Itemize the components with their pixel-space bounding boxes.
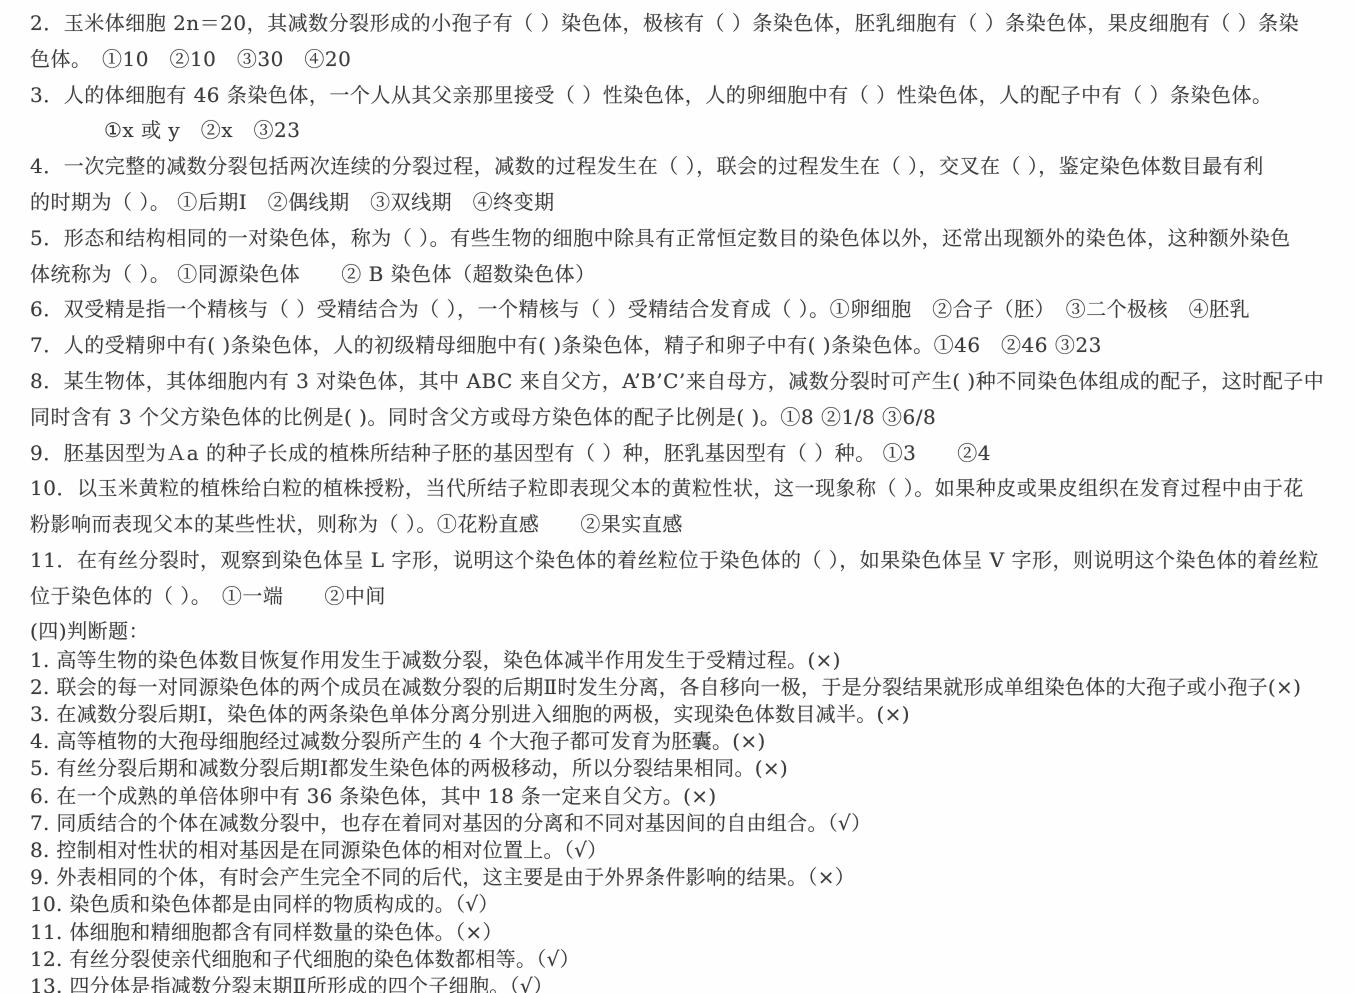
choice-question-line: 的时期为（ ）。 ①后期Ⅰ ②偶线期 ③双线期 ④终变期 <box>30 185 1355 221</box>
judgment-section-header: (四)判断题： <box>30 615 1355 647</box>
choice-question-line: 3．人的体细胞有 46 条染色体，一个人从其父亲那里接受（ ）性染色体，人的卵细… <box>30 78 1355 114</box>
document-page: 2．玉米体细胞 2n＝20，其减数分裂形成的小孢子有（ ）染色体，极核有（ ）条… <box>0 0 1355 993</box>
judgment-line: 1. 高等生物的染色体数目恢复作用发生于减数分裂，染色体减半作用发生于受精过程。… <box>30 647 1355 674</box>
judgment-line: 6. 在一个成熟的单倍体卵中有 36 条染色体，其中 18 条一定来自父方。(×… <box>30 783 1355 810</box>
judgment-line: 11. 体细胞和精细胞都含有同样数量的染色体。（×） <box>30 919 1355 946</box>
choice-question-line: 6．双受精是指一个精核与（ ）受精结合为（ ），一个精核与（ ）受精结合发育成（… <box>30 292 1355 328</box>
choice-question-line: 位于染色体的（ ）。 ①一端 ②中间 <box>30 579 1355 615</box>
choice-question-line: 2．玉米体细胞 2n＝20，其减数分裂形成的小孢子有（ ）染色体，极核有（ ）条… <box>30 6 1355 42</box>
choice-questions-section: 2．玉米体细胞 2n＝20，其减数分裂形成的小孢子有（ ）染色体，极核有（ ）条… <box>30 6 1355 615</box>
judgment-line: 9. 外表相同的个体，有时会产生完全不同的后代，这主要是由于外界条件影响的结果。… <box>30 864 1355 891</box>
judgment-line: 8. 控制相对性状的相对基因是在同源染色体的相对位置上。（√） <box>30 837 1355 864</box>
choice-question-line: 粉影响而表现父本的某些性状，则称为（ ）。①花粉直感 ②果实直感 <box>30 507 1355 543</box>
choice-question-line: 11．在有丝分裂时，观察到染色体呈 L 字形，说明这个染色体的着丝粒位于染色体的… <box>30 543 1355 579</box>
judgment-section: (四)判断题： 1. 高等生物的染色体数目恢复作用发生于减数分裂，染色体减半作用… <box>30 615 1355 993</box>
judgment-line: 12. 有丝分裂使亲代细胞和子代细胞的染色体数都相等。（√） <box>30 946 1355 973</box>
choice-question-line: 5．形态和结构相同的一对染色体，称为（ ）。有些生物的细胞中除具有正常恒定数目的… <box>30 221 1355 257</box>
judgment-line: 7. 同质结合的个体在减数分裂中，也存在着同对基因的分离和不同对基因间的自由组合… <box>30 810 1355 837</box>
choice-question-line: 10．以玉米黄粒的植株给白粒的植株授粉，当代所结子粒即表现父本的黄粒性状，这一现… <box>30 471 1355 507</box>
choice-question-line: 体统称为（ ）。 ①同源染色体 ② B 染色体（超数染色体） <box>30 257 1355 293</box>
judgment-line: 3. 在减数分裂后期Ⅰ，染色体的两条染色单体分离分别进入细胞的两极，实现染色体数… <box>30 701 1355 728</box>
judgment-lines: 1. 高等生物的染色体数目恢复作用发生于减数分裂，染色体减半作用发生于受精过程。… <box>30 647 1355 993</box>
choice-question-line: 7．人的受精卵中有( )条染色体，人的初级精母细胞中有( )条染色体，精子和卵子… <box>30 328 1355 364</box>
choice-question-line: 色体。 ①10 ②10 ③30 ④20 <box>30 42 1355 78</box>
choice-question-line: 9．胚基因型为Ａa 的种子长成的植株所结种子胚的基因型有（ ）种，胚乳基因型有（… <box>30 436 1355 472</box>
judgment-line: 4. 高等植物的大孢母细胞经过减数分裂所产生的 4 个大孢子都可发育为胚囊。(×… <box>30 728 1355 755</box>
choice-question-line: 8．某生物体，其体细胞内有 3 对染色体，其中 ABC 来自父方，A’B’C’来… <box>30 364 1355 400</box>
judgment-line: 2. 联会的每一对同源染色体的两个成员在减数分裂的后期Ⅱ时发生分离，各自移向一极… <box>30 674 1355 701</box>
choice-question-line: ①x 或 y ②x ③23 <box>30 113 1355 149</box>
choice-question-line: 4．一次完整的减数分裂包括两次连续的分裂过程，减数的过程发生在（ ），联会的过程… <box>30 149 1355 185</box>
choice-question-line: 同时含有 3 个父方染色体的比例是( )。同时含父方或母方染色体的配子比例是( … <box>30 400 1355 436</box>
judgment-line: 5. 有丝分裂后期和减数分裂后期Ⅰ都发生染色体的两极移动，所以分裂结果相同。(×… <box>30 755 1355 782</box>
judgment-line: 13. 四分体是指减数分裂末期Ⅱ所形成的四个子细胞。（√） <box>30 973 1355 993</box>
judgment-line: 10. 染色质和染色体都是由同样的物质构成的。（√） <box>30 891 1355 918</box>
